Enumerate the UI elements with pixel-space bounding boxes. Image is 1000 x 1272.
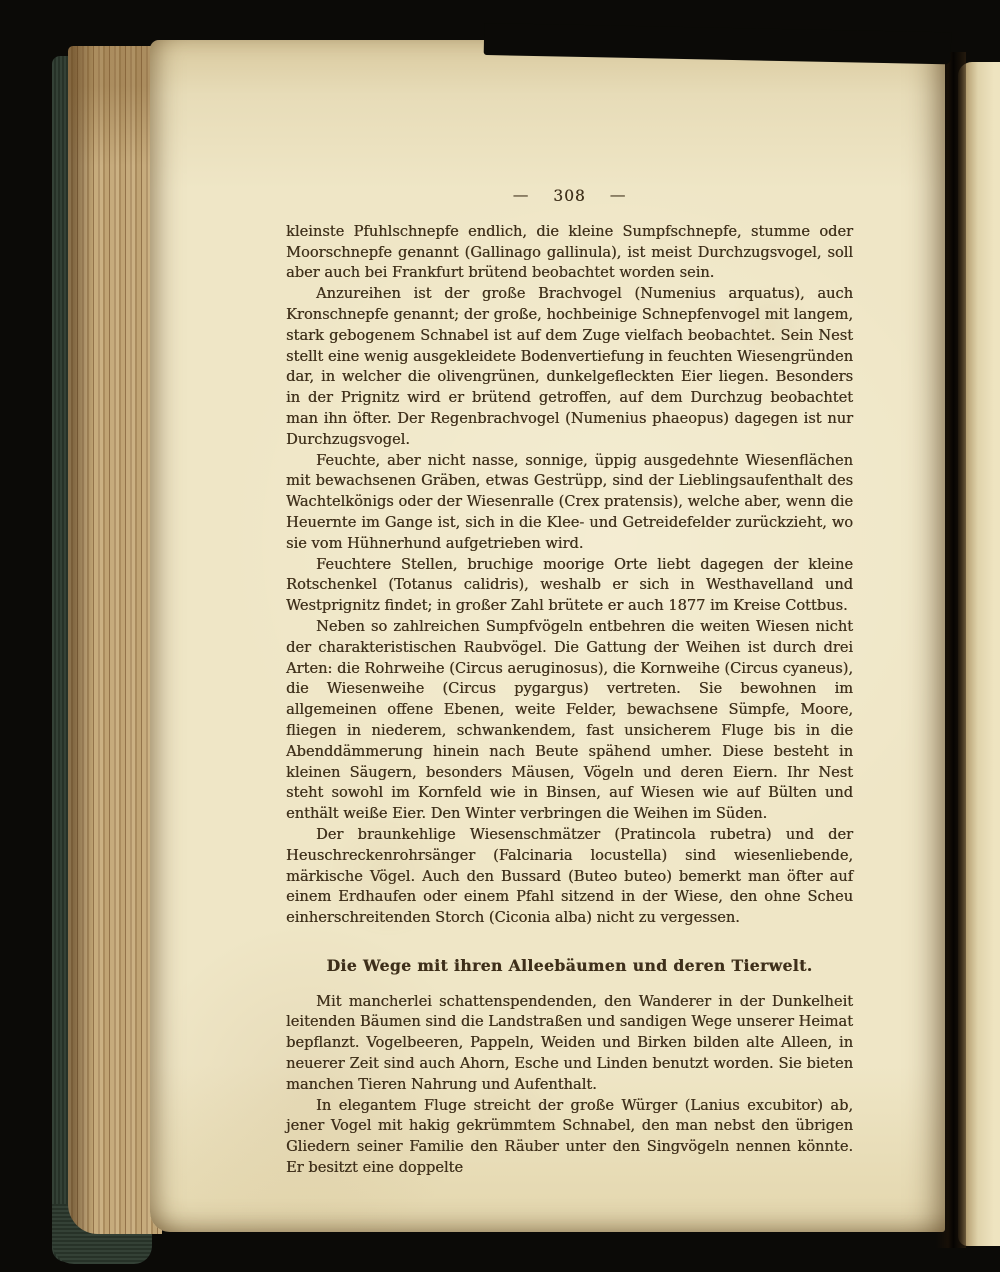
page-number-row: —308— [286,186,853,207]
body-text: kleinste Pfuhlschnepfe endlich, die klei… [286,222,853,1179]
body-paragraph: Neben so zahlreichen Sumpfvögeln entbehr… [286,617,853,825]
text-block: —308— kleinste Pfuhlschnepfe endlich, di… [286,186,853,1179]
page-number-dash-left: — [513,185,530,206]
body-paragraph: kleinste Pfuhlschnepfe endlich, die klei… [286,222,853,284]
page-edge-stack [68,46,162,1234]
body-paragraph: In elegantem Fluge streicht der große Wü… [286,1096,853,1179]
body-paragraph: Feuchte, aber nicht nasse, sonnige, üppi… [286,451,853,555]
page-number-dash-right: — [610,185,627,206]
page-number: 308 [553,187,586,205]
photo-background: —308— kleinste Pfuhlschnepfe endlich, di… [0,0,1000,1272]
book-page: —308— kleinste Pfuhlschnepfe endlich, di… [150,40,945,1232]
body-paragraph: Mit mancherlei schattenspendenden, den W… [286,992,853,1096]
page-top-shadow [484,23,952,64]
body-paragraph: Feuchtere Stellen, bruchige moorige Orte… [286,555,853,617]
section-heading: Die Wege mit ihren Alleebäumen und deren… [286,956,853,977]
body-paragraph: Der braunkehlige Wiesenschmätzer (Pratin… [286,825,853,929]
body-paragraph: Anzureihen ist der große Brachvogel (Num… [286,284,853,450]
